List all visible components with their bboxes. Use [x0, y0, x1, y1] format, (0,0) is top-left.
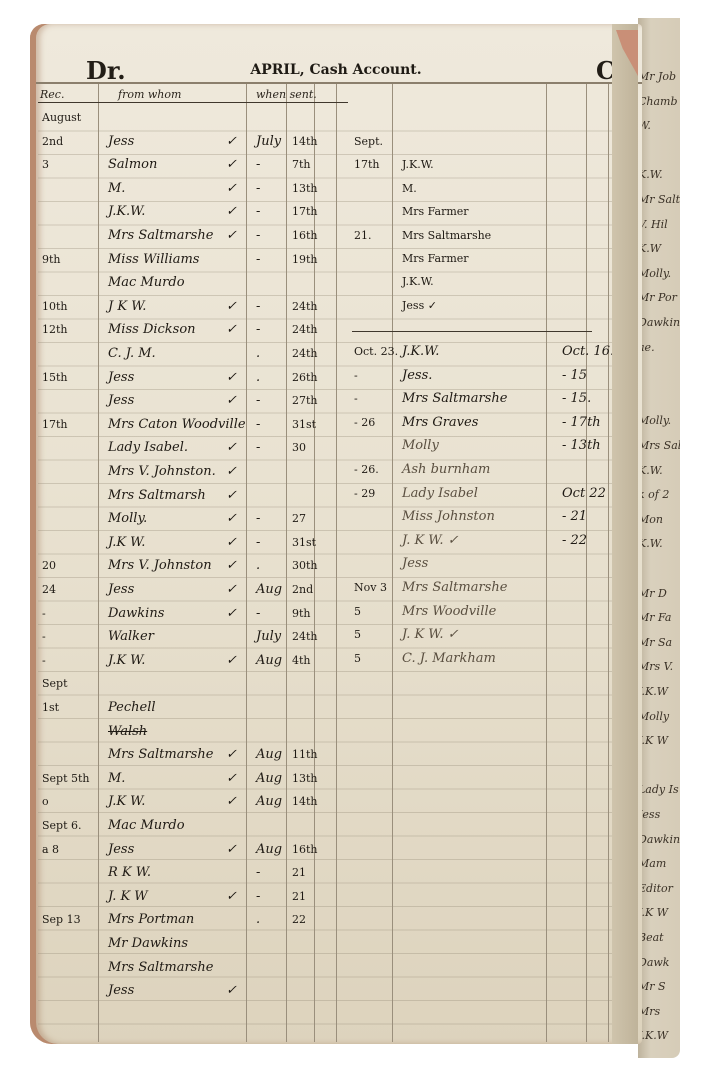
right-entry-name: Ash burnham [402, 462, 490, 478]
column-rule [608, 84, 609, 1042]
adjacent-page-text: J.K.W [638, 1029, 680, 1042]
entry-sent-month: - [256, 252, 260, 268]
entry-sent-month: Aug [256, 582, 282, 598]
entry-checkmark: ✓ [226, 299, 237, 315]
entry-sent-month: - [256, 181, 260, 197]
header-rule [36, 82, 642, 84]
entry-sender-name: Miss Williams [108, 252, 199, 268]
right-entry-name: J. K W. ✓ [402, 627, 459, 643]
entry-sent-day: 22 [292, 912, 306, 928]
entry-sent-month: July [256, 134, 281, 150]
entry-sender-name: Mrs Portman [108, 912, 194, 928]
adjacent-page-text: Mr S [638, 980, 680, 993]
entry-sender-name: Mrs Saltmarshe [108, 747, 213, 763]
entry-received-date: August [42, 110, 81, 126]
entry-sent-day: 16th [292, 228, 318, 244]
entry-sent-month: - [256, 606, 260, 622]
entry-sent-month: - [256, 440, 260, 456]
right-entry-name: Mrs Farmer [402, 251, 469, 267]
entry-sender-name: C. J. M. [108, 346, 156, 362]
entry-sender-name: Jess [108, 134, 134, 150]
adjacent-page-text: Mr Salt [638, 193, 680, 206]
adjacent-page-text: Mr Job [638, 70, 680, 83]
adjacent-page-text: Dawkins [638, 833, 680, 846]
entry-checkmark: ✓ [226, 794, 237, 810]
right-entry-date: - 26. [354, 462, 379, 478]
entry-sender-name: Mac Murdo [108, 275, 185, 291]
entry-sender-name: J.K W. [108, 794, 145, 810]
entry-sender-name: Jess [108, 582, 134, 598]
entry-sent-day: 27 [292, 511, 306, 527]
entry-checkmark: ✓ [226, 558, 237, 574]
entry-sent-day: 21 [292, 865, 306, 881]
entry-checkmark: ✓ [226, 889, 237, 905]
column-rule [246, 84, 247, 1042]
entry-received-date: 10th [42, 299, 68, 315]
entry-sent-month: - [256, 511, 260, 527]
adjacent-page-text: Mr Por [638, 291, 680, 304]
adjacent-page-text: Dawkin [638, 316, 680, 329]
entry-sent-month: - [256, 889, 260, 905]
entry-checkmark: ✓ [226, 606, 237, 622]
adjacent-page-text: Molly [638, 710, 680, 723]
adjacent-page-text: Mrs [638, 1005, 680, 1018]
right-entry-name: J.K.W. [402, 344, 439, 360]
entry-sender-name: Mrs Saltmarshe [108, 228, 213, 244]
right-entry-name: J.K.W. [402, 157, 434, 173]
entry-checkmark: ✓ [226, 228, 237, 244]
right-entry-name: Mrs Woodville [402, 604, 496, 620]
entry-checkmark: ✓ [226, 370, 237, 386]
right-entry-name: J.K.W. [402, 274, 434, 290]
entry-sent-month: - [256, 417, 260, 433]
entry-received-date: Sept 6. [42, 818, 82, 834]
column-rule [586, 84, 587, 1042]
entry-sender-name: J.K.W. [108, 204, 145, 220]
adjacent-page-text: K.W. [638, 168, 680, 181]
column-rule [286, 84, 287, 1042]
right-entry-date: 21. [354, 228, 372, 244]
adjacent-page-text: Mr Fa [638, 611, 680, 624]
entry-sent-day: 26th [292, 370, 318, 386]
entry-sender-name: Jess [108, 842, 134, 858]
right-entry-sent: - 21 [562, 509, 587, 525]
entry-sent-month: Aug [256, 653, 282, 669]
entry-sent-month: - [256, 322, 260, 338]
entry-sent-day: 31st [292, 535, 316, 551]
entry-received-date: 17th [42, 417, 68, 433]
entry-sender-name: Pechell [108, 700, 156, 716]
adjacent-page-text: Mon [638, 513, 680, 526]
entry-received-date: 12th [42, 322, 68, 338]
right-entry-sent: Oct 22 [562, 486, 606, 502]
ledger-page: Dr. APRIL, Cash Account. Cr. Rec. from w… [30, 24, 642, 1044]
right-entry-date: Sept. [354, 134, 383, 150]
entry-sent-month: Aug [256, 842, 282, 858]
right-entry-sent: Oct. 16. [562, 344, 614, 360]
entry-checkmark: ✓ [226, 983, 237, 999]
entry-sent-day: 14th [292, 134, 318, 150]
adjacent-page-text: K.W. [638, 537, 680, 550]
entry-sent-month: Aug [256, 771, 282, 787]
column-header-when-sent: when sent. [256, 88, 317, 101]
entry-sent-day: 11th [292, 747, 318, 763]
entry-received-date: 1st [42, 700, 59, 716]
adjacent-page-text: Jess [638, 808, 680, 821]
column-header-rec: Rec. [40, 88, 64, 101]
entry-sent-month: July [256, 629, 281, 645]
entry-sent-day: 13th [292, 181, 318, 197]
right-entry-sent: - 17th [562, 415, 601, 431]
right-entry-name: Mrs Farmer [402, 204, 469, 220]
entry-sent-month: - [256, 299, 260, 315]
adjacent-page-text: Molly. [638, 267, 680, 280]
entry-checkmark: ✓ [226, 747, 237, 763]
right-entry-name: Jess ✓ [402, 298, 437, 314]
entry-sent-day: 31st [292, 417, 316, 433]
entry-checkmark: ✓ [226, 653, 237, 669]
right-entry-date: - [354, 368, 358, 384]
entry-sender-name: J K W. [108, 299, 146, 315]
right-entry-date: 5 [354, 627, 361, 643]
entry-sender-name: Lady Isabel. [108, 440, 188, 456]
entry-sender-name: R K W. [108, 865, 151, 881]
entry-sent-month: . [256, 346, 260, 362]
entry-sent-day: 24th [292, 629, 318, 645]
entry-sent-day: 17th [292, 204, 318, 220]
adjacent-page-text: Mr D [638, 587, 680, 600]
entry-sender-name: J.K W. [108, 653, 145, 669]
right-entry-name: Mrs Saltmarshe [402, 580, 507, 596]
entry-received-date: Sept [42, 676, 68, 692]
entry-sent-day: 24th [292, 322, 318, 338]
entry-sent-month: - [256, 393, 260, 409]
adjacent-page-text: K.W [638, 242, 680, 255]
column-header-rule [38, 102, 348, 103]
entry-received-date: 15th [42, 370, 68, 386]
entry-sent-day: 19th [292, 252, 318, 268]
entry-sender-name: Mrs V. Johnston. [108, 464, 216, 480]
right-entry-name: Lady Isabel [402, 486, 478, 502]
entry-sender-name: Miss Dickson [108, 322, 196, 338]
entry-checkmark: ✓ [226, 157, 237, 173]
entry-received-date: 2nd [42, 134, 63, 150]
entry-checkmark: ✓ [226, 535, 237, 551]
entry-sent-month: - [256, 535, 260, 551]
entry-received-date: - [42, 606, 46, 622]
column-rule [336, 84, 337, 1042]
entry-sender-name: Salmon [108, 157, 157, 173]
entry-sent-day: 24th [292, 299, 318, 315]
right-entry-name: Molly [402, 438, 439, 454]
entry-sender-name: Walsh [108, 724, 147, 740]
column-header-from-whom: from whom [118, 88, 181, 101]
entry-sender-name: Jess [108, 370, 134, 386]
section-divider [352, 331, 592, 332]
entry-sent-month: Aug [256, 794, 282, 810]
entry-sender-name: Mac Murdo [108, 818, 185, 834]
entry-sender-name: Walker [108, 629, 154, 645]
right-entry-name: Miss Johnston [402, 509, 495, 525]
adjacent-page-text: Beat [638, 931, 680, 944]
right-entry-sent: - 15. [562, 391, 591, 407]
entry-received-date: 9th [42, 252, 61, 268]
adjacent-page-text: k of 2 [638, 488, 680, 501]
right-entry-date: 17th [354, 157, 380, 173]
entry-sent-day: 24th [292, 346, 318, 362]
entry-checkmark: ✓ [226, 134, 237, 150]
entry-sent-day: 16th [292, 842, 318, 858]
page-title: APRIL, Cash Account. [30, 62, 642, 78]
entry-sender-name: Molly. [108, 511, 147, 527]
right-entry-name: Mrs Graves [402, 415, 478, 431]
entry-sent-day: 14th [292, 794, 318, 810]
adjacent-page-text: Mrs Salt [638, 439, 680, 452]
right-entry-date: - [354, 391, 358, 407]
entry-checkmark: ✓ [226, 322, 237, 338]
entry-received-date: - [42, 629, 46, 645]
adjacent-page-text: Molly. [638, 414, 680, 427]
entry-sent-day: 30 [292, 440, 306, 456]
right-entry-name: Jess. [402, 368, 432, 384]
adjacent-page-text: J.K.W [638, 685, 680, 698]
entry-sender-name: M. [108, 181, 125, 197]
entry-checkmark: ✓ [226, 393, 237, 409]
adjacent-page-text: Mam [638, 857, 680, 870]
right-entry-name: J. K W. ✓ [402, 533, 459, 549]
entry-received-date: 24 [42, 582, 56, 598]
entry-sent-day: 21 [292, 889, 306, 905]
entry-sent-month: - [256, 228, 260, 244]
entry-sent-month: - [256, 157, 260, 173]
entry-sent-day: 4th [292, 653, 311, 669]
right-entry-date: - 26 [354, 415, 375, 431]
adjacent-page-text: Mrs V. [638, 660, 680, 673]
entry-sender-name: Mrs V. Johnston [108, 558, 212, 574]
adjacent-page-text: Lady Is [638, 783, 680, 796]
adjacent-page-text: Editor [638, 882, 680, 895]
entry-received-date: Sept 5th [42, 771, 90, 787]
adjacent-page-text: W. [638, 119, 680, 132]
entry-sender-name: J. K W [108, 889, 148, 905]
entry-sent-day: 30th [292, 558, 318, 574]
entry-received-date: a 8 [42, 842, 59, 858]
entry-sender-name: Dawkins [108, 606, 164, 622]
right-entry-sent: - 13th [562, 438, 601, 454]
adjacent-page-strip: Mr JobChambW.K.W.Mr SaltV. HilK.WMolly.M… [638, 18, 680, 1058]
entry-sender-name: M. [108, 771, 125, 787]
right-entry-name: Jess [402, 556, 428, 572]
adjacent-page-text: J.K W [638, 906, 680, 919]
entry-sent-month: . [256, 912, 260, 928]
right-entry-date: 5 [354, 604, 361, 620]
page-header: Dr. APRIL, Cash Account. Cr. [30, 56, 642, 82]
entry-checkmark: ✓ [226, 511, 237, 527]
entry-sent-month: Aug [256, 747, 282, 763]
entry-checkmark: ✓ [226, 464, 237, 480]
entry-sender-name: Mrs Saltmarshe [108, 960, 213, 976]
entry-received-date: - [42, 653, 46, 669]
entry-sent-month: - [256, 865, 260, 881]
entry-received-date: o [42, 794, 49, 810]
right-entry-name: Mrs Saltmarshe [402, 391, 507, 407]
entry-received-date: 20 [42, 558, 56, 574]
right-entry-name: M. [402, 181, 417, 197]
entry-sent-day: 9th [292, 606, 311, 622]
entry-checkmark: ✓ [226, 440, 237, 456]
entry-checkmark: ✓ [226, 181, 237, 197]
entry-sender-name: J.K W. [108, 535, 145, 551]
entry-received-date: Sep 13 [42, 912, 81, 928]
right-entry-name: C. J. Markham [402, 651, 496, 667]
right-entry-date: Oct. 23. [354, 344, 398, 360]
column-rule [392, 84, 393, 1042]
entry-sent-month: - [256, 204, 260, 220]
adjacent-page-text: Mr Sa [638, 636, 680, 649]
adjacent-page-text: V. Hil [638, 218, 680, 231]
entry-sent-day: 7th [292, 157, 311, 173]
right-entry-sent: - 15 [562, 368, 587, 384]
right-entry-date: Nov 3 [354, 580, 387, 596]
entry-sender-name: Mrs Caton Woodville [108, 417, 246, 433]
right-entry-name: Mrs Saltmarshe [402, 228, 491, 244]
entry-sent-day: 13th [292, 771, 318, 787]
right-entry-date: 5 [354, 651, 361, 667]
entry-sent-day: 2nd [292, 582, 313, 598]
adjacent-page-text: Dawk [638, 956, 680, 969]
adjacent-page-text: Chamb [638, 95, 680, 108]
entry-sender-name: Mr Dawkins [108, 936, 188, 952]
entry-sender-name: Jess [108, 393, 134, 409]
column-rule [546, 84, 547, 1042]
entry-checkmark: ✓ [226, 582, 237, 598]
adjacent-page-text: K.W. [638, 464, 680, 477]
entry-received-date: 3 [42, 157, 49, 173]
entry-sent-month: . [256, 558, 260, 574]
entry-checkmark: ✓ [226, 842, 237, 858]
adjacent-page-text: ae. [638, 341, 680, 354]
entry-sender-name: Jess [108, 983, 134, 999]
entry-sent-day: 27th [292, 393, 318, 409]
right-entry-date: - 29 [354, 486, 375, 502]
entry-sender-name: Mrs Saltmarsh [108, 488, 206, 504]
entry-checkmark: ✓ [226, 771, 237, 787]
adjacent-page-text: J.K W [638, 734, 680, 747]
entry-sent-month: . [256, 370, 260, 386]
column-rule [98, 84, 99, 1042]
entry-checkmark: ✓ [226, 488, 237, 504]
right-entry-sent: - 22 [562, 533, 587, 549]
page-gutter [612, 24, 638, 1044]
entry-checkmark: ✓ [226, 204, 237, 220]
